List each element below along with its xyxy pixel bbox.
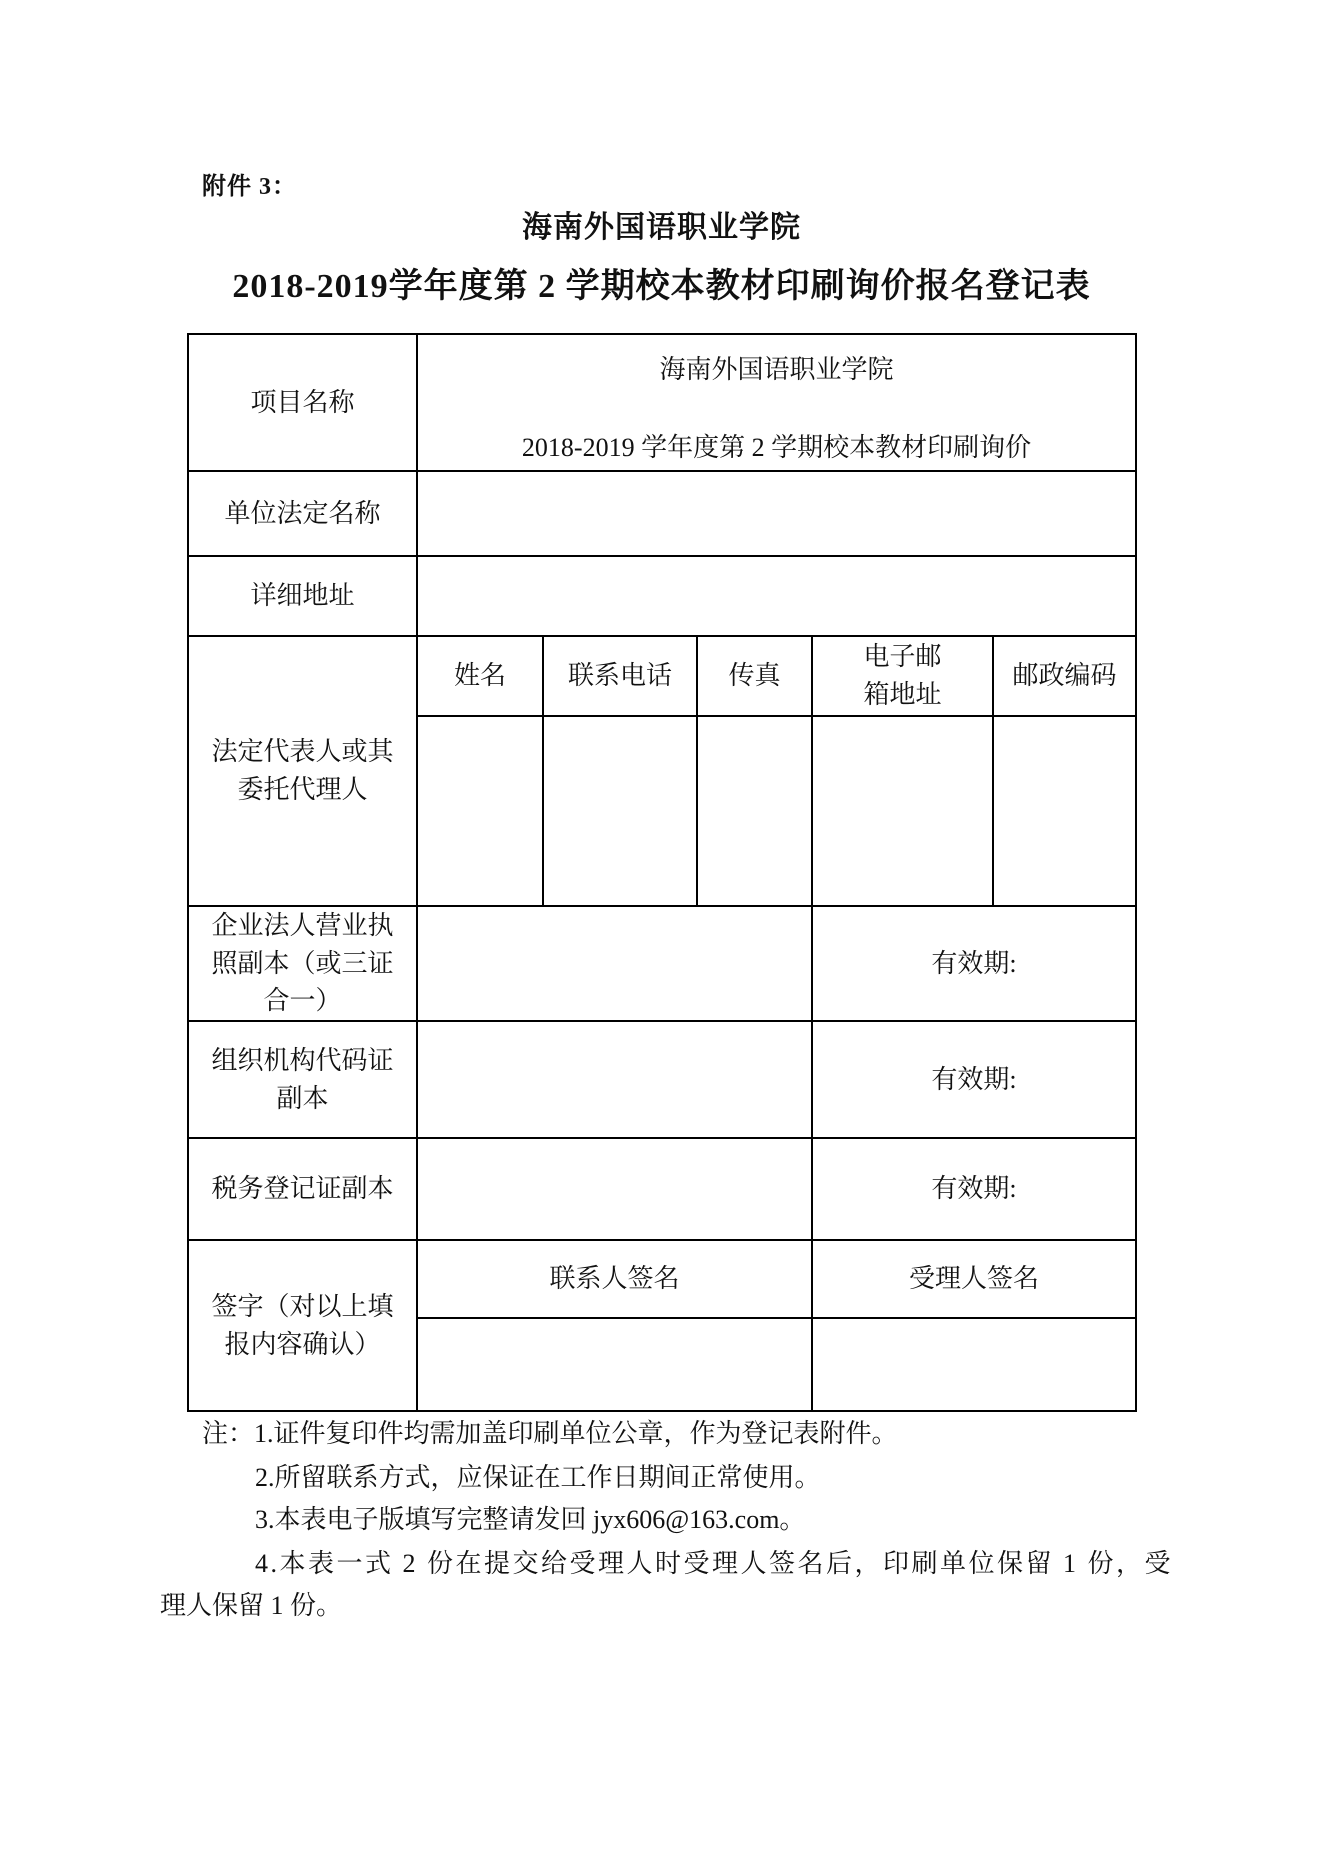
business-license-input-cell[interactable] [417,906,812,1021]
col-header-email: 电子邮 箱地址 [812,636,993,716]
row-project-name: 项目名称 海南外国语职业学院 2018-2019 学年度第 2 学期校本教材印刷… [188,334,1136,471]
postcode-input-cell[interactable] [993,716,1136,906]
business-license-validity-cell[interactable]: 有效期: [812,906,1136,1021]
tax-registration-label: 税务登记证副本 [188,1138,417,1240]
unit-legal-name-input-cell[interactable] [417,471,1136,556]
fax-input-cell[interactable] [697,716,812,906]
document-title-institution: 海南外国语职业学院 [0,202,1323,246]
col-header-fax: 传真 [697,636,812,716]
name-input-cell[interactable] [417,716,543,906]
note-line-4: 4.本表一式 2 份在提交给受理人时受理人签名后，印刷单位保留 1 份，受 [255,1548,1173,1580]
col-header-phone: 联系电话 [543,636,697,716]
acceptor-signature-input-cell[interactable] [812,1318,1136,1411]
row-unit-legal-name: 单位法定名称 [188,471,1136,556]
note-line-3: 3.本表电子版填写完整请发回 jyx606@163.com。 [255,1504,805,1536]
address-input-cell[interactable] [417,556,1136,636]
acceptor-signature-header: 受理人签名 [812,1240,1136,1318]
row-address: 详细地址 [188,556,1136,636]
col-header-name: 姓名 [417,636,543,716]
org-code-label: 组织机构代码证 副本 [188,1021,417,1138]
project-name-value-cell: 海南外国语职业学院 2018-2019 学年度第 2 学期校本教材印刷询价 [417,334,1136,471]
col-header-postcode: 邮政编码 [993,636,1136,716]
note-line-1: 注：1.证件复印件均需加盖印刷单位公章，作为登记表附件。 [202,1418,898,1450]
row-tax-registration: 税务登记证副本 有效期: [188,1138,1136,1240]
note-line-2: 2.所留联系方式，应保证在工作日期间正常使用。 [255,1462,821,1494]
phone-input-cell[interactable] [543,716,697,906]
project-value-line2: 2018-2019 学年度第 2 学期校本教材印刷询价 [418,429,1135,467]
email-input-cell[interactable] [812,716,993,906]
note-line-5: 理人保留 1 份。 [160,1590,342,1622]
attachment-label: 附件 3： [202,166,297,201]
representative-label: 法定代表人或其 委托代理人 [188,636,417,906]
address-label: 详细地址 [188,556,417,636]
registration-form-table: 项目名称 海南外国语职业学院 2018-2019 学年度第 2 学期校本教材印刷… [187,333,1137,1412]
contact-signature-header: 联系人签名 [417,1240,812,1318]
project-value-line1: 海南外国语职业学院 [418,339,1135,389]
org-code-validity-cell[interactable]: 有效期: [812,1021,1136,1138]
signature-label: 签字（对以上填 报内容确认） [188,1240,417,1411]
project-name-label: 项目名称 [188,334,417,471]
unit-legal-name-label: 单位法定名称 [188,471,417,556]
row-representative-header: 法定代表人或其 委托代理人 姓名 联系电话 传真 电子邮 箱地址 邮政编码 [188,636,1136,716]
document-page: 附件 3： 海南外国语职业学院 2018-2019学年度第 2 学期校本教材印刷… [0,0,1323,1871]
document-title-form-name: 2018-2019学年度第 2 学期校本教材印刷询价报名登记表 [0,258,1323,307]
contact-signature-input-cell[interactable] [417,1318,812,1411]
tax-registration-input-cell[interactable] [417,1138,812,1240]
row-signature-headers: 签字（对以上填 报内容确认） 联系人签名 受理人签名 [188,1240,1136,1318]
row-business-license: 企业法人营业执 照副本（或三证 合一） 有效期: [188,906,1136,1021]
business-license-label: 企业法人营业执 照副本（或三证 合一） [188,906,417,1021]
org-code-input-cell[interactable] [417,1021,812,1138]
tax-registration-validity-cell[interactable]: 有效期: [812,1138,1136,1240]
row-org-code: 组织机构代码证 副本 有效期: [188,1021,1136,1138]
